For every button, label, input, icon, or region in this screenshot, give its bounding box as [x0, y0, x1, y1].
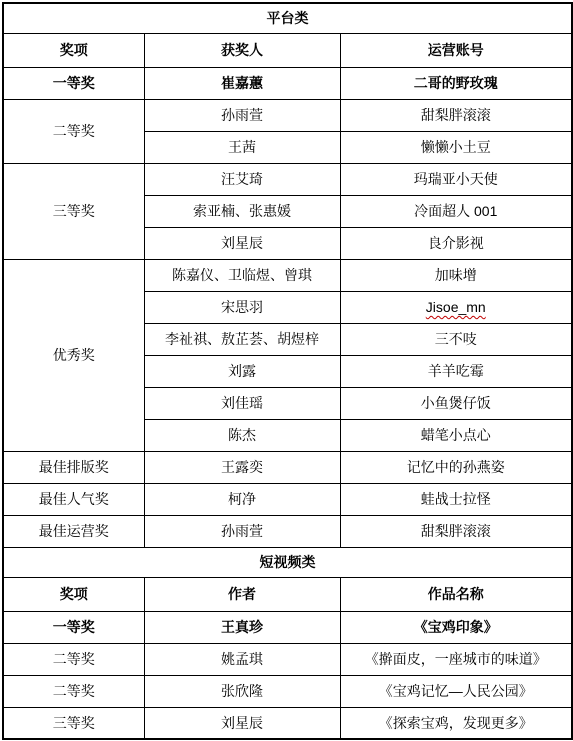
- account-cell: 二哥的野玫瑰: [340, 67, 572, 99]
- winner-cell: 陈嘉仪、卫临煜、曾琪: [144, 259, 340, 291]
- account-cell: 记忆中的孙燕姿: [340, 451, 572, 483]
- account-cell: 甜梨胖滚滚: [340, 515, 572, 547]
- winner-cell: 索亚楠、张惠媛: [144, 195, 340, 227]
- work-cell: 《擀面皮，一座城市的味道》: [340, 643, 572, 675]
- winner-cell: 刘星辰: [144, 227, 340, 259]
- winner-cell: 柯净: [144, 483, 340, 515]
- table-row: 二等奖 孙雨萱 甜梨胖滚滚: [3, 99, 572, 131]
- video-section-title: 短视频类: [3, 547, 572, 577]
- account-cell: 小鱼煲仔饭: [340, 387, 572, 419]
- account-cell: 良介影视: [340, 227, 572, 259]
- award-cell: 一等奖: [3, 611, 144, 643]
- work-cell: 《探索宝鸡，发现更多》: [340, 707, 572, 739]
- winner-cell: 陈杰: [144, 419, 340, 451]
- platform-section-title: 平台类: [3, 3, 572, 33]
- award-cell: 三等奖: [3, 707, 144, 739]
- table-row: 优秀奖 陈嘉仪、卫临煜、曾琪 加味增: [3, 259, 572, 291]
- table-row: 最佳排版奖 王露奕 记忆中的孙燕姿: [3, 451, 572, 483]
- award-cell: 优秀奖: [3, 259, 144, 451]
- account-cell: 加味增: [340, 259, 572, 291]
- winner-cell: 崔嘉蕙: [144, 67, 340, 99]
- winner-cell: 孙雨萱: [144, 515, 340, 547]
- account-cell: 冷面超人 001: [340, 195, 572, 227]
- award-cell: 二等奖: [3, 643, 144, 675]
- work-cell: 《宝鸡印象》: [340, 611, 572, 643]
- video-header-author: 作者: [144, 577, 340, 611]
- platform-header-account: 运营账号: [340, 33, 572, 67]
- account-cell: 懒懒小土豆: [340, 131, 572, 163]
- spellchecked-text: Jisoe_mn: [426, 299, 486, 315]
- account-cell: 羊羊吃霉: [340, 355, 572, 387]
- winner-cell: 宋思羽: [144, 291, 340, 323]
- platform-header-row: 奖项 获奖人 运营账号: [3, 33, 572, 67]
- table-row: 二等奖 姚孟琪 《擀面皮，一座城市的味道》: [3, 643, 572, 675]
- account-cell: 蜡笔小点心: [340, 419, 572, 451]
- table-row: 三等奖 汪艾琦 玛瑞亚小天使: [3, 163, 572, 195]
- table-row: 最佳运营奖 孙雨萱 甜梨胖滚滚: [3, 515, 572, 547]
- table-row: 三等奖 刘星辰 《探索宝鸡，发现更多》: [3, 707, 572, 739]
- table-row: 最佳人气奖 柯净 蛙战士拉怪: [3, 483, 572, 515]
- table-row: 一等奖 王真珍 《宝鸡印象》: [3, 611, 572, 643]
- winner-cell: 李祉祺、敖芷荟、胡煜梓: [144, 323, 340, 355]
- account-cell: 玛瑞亚小天使: [340, 163, 572, 195]
- account-cell: 蛙战士拉怪: [340, 483, 572, 515]
- account-cell: 三不吱: [340, 323, 572, 355]
- winner-cell: 刘佳瑶: [144, 387, 340, 419]
- awards-table: 平台类 奖项 获奖人 运营账号 一等奖 崔嘉蕙 二哥的野玫瑰 二等奖 孙雨萱 甜…: [2, 2, 573, 740]
- winner-cell: 王露奕: [144, 451, 340, 483]
- award-cell: 二等奖: [3, 675, 144, 707]
- video-header-work: 作品名称: [340, 577, 572, 611]
- table-row: 二等奖 张欣隆 《宝鸡记忆—人民公园》: [3, 675, 572, 707]
- video-header-row: 奖项 作者 作品名称: [3, 577, 572, 611]
- platform-section-title-row: 平台类: [3, 3, 572, 33]
- award-cell: 最佳运营奖: [3, 515, 144, 547]
- author-cell: 姚孟琪: [144, 643, 340, 675]
- platform-header-award: 奖项: [3, 33, 144, 67]
- video-section-title-row: 短视频类: [3, 547, 572, 577]
- author-cell: 张欣隆: [144, 675, 340, 707]
- award-cell: 一等奖: [3, 67, 144, 99]
- account-cell: 甜梨胖滚滚: [340, 99, 572, 131]
- work-cell: 《宝鸡记忆—人民公园》: [340, 675, 572, 707]
- award-cell: 三等奖: [3, 163, 144, 259]
- winner-cell: 王茜: [144, 131, 340, 163]
- winner-cell: 孙雨萱: [144, 99, 340, 131]
- video-header-award: 奖项: [3, 577, 144, 611]
- author-cell: 王真珍: [144, 611, 340, 643]
- award-cell: 二等奖: [3, 99, 144, 163]
- award-cell: 最佳人气奖: [3, 483, 144, 515]
- table-row: 一等奖 崔嘉蕙 二哥的野玫瑰: [3, 67, 572, 99]
- account-cell: Jisoe_mn: [340, 291, 572, 323]
- author-cell: 刘星辰: [144, 707, 340, 739]
- platform-header-winner: 获奖人: [144, 33, 340, 67]
- winner-cell: 汪艾琦: [144, 163, 340, 195]
- award-cell: 最佳排版奖: [3, 451, 144, 483]
- winner-cell: 刘露: [144, 355, 340, 387]
